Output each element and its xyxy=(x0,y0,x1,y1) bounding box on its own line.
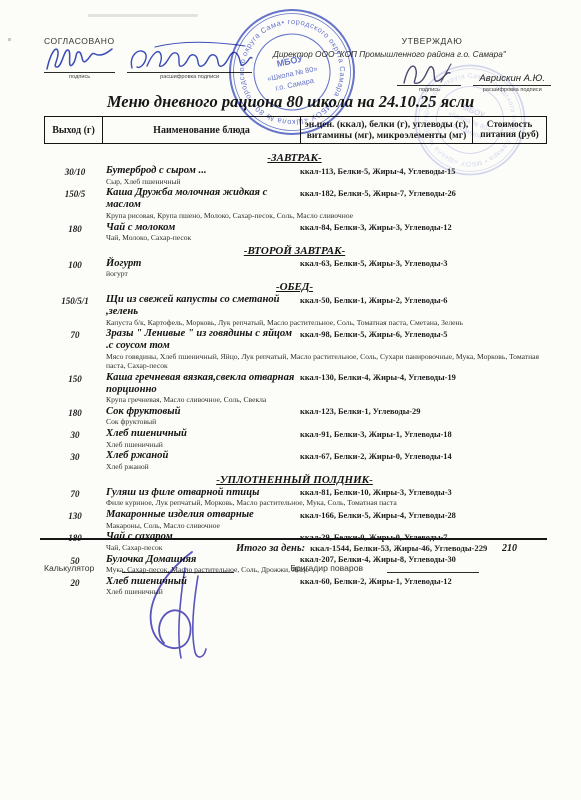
dish-nutrition-values: ккал-130, Белки-4, Жиры-4, Углеводы-19 xyxy=(300,372,545,396)
menu-dish-row: 70Гуляш из филе отварной птицыккал-81, Б… xyxy=(44,487,545,508)
dish-nutrition-values: ккал-182, Белки-5, Жиры-7, Углеводы-26 xyxy=(300,187,545,211)
dish-nutrition-values: ккал-50, Белки-1, Жиры-2, Углеводы-6 xyxy=(300,294,545,318)
dish-output-weight: 130 xyxy=(44,509,106,521)
dish-ingredients: Капуста б/к, Картофель, Морковь, Лук реп… xyxy=(106,319,545,328)
dish-name: Гуляш из филе отварной птицы xyxy=(106,487,300,499)
dish-output-weight: 70 xyxy=(44,328,106,352)
menu-dish-row: 180Сок фруктовыйккал-123, Белки-1, Углев… xyxy=(44,406,545,427)
dish-nutrition-values: ккал-91, Белки-3, Жиры-1, Углеводы-18 xyxy=(300,428,545,440)
dish-output-weight: 30 xyxy=(44,450,106,462)
agreed-signature-slot: подпись xyxy=(44,50,115,80)
handwritten-signature-icon xyxy=(44,42,114,76)
dish-nutrition-values: ккал-123, Белки-1, Углеводы-29 xyxy=(300,406,545,418)
menu-dish-row: 180Чай с молокомккал-84, Белки-3, Жиры-3… xyxy=(44,222,545,243)
brigadier-signature-line xyxy=(387,562,479,573)
menu-dish-row: 130Макаронные изделия отварныеккал-166, … xyxy=(44,509,545,530)
daily-total-nutrition: ккал-1544, Белки-53, Жиры-46, Углеводы-2… xyxy=(310,543,502,553)
daily-total-cost: 210 xyxy=(502,543,517,554)
footer-signatures: Калькулятор Бригадир поваров xyxy=(44,562,514,573)
dish-output-weight: 100 xyxy=(44,258,106,270)
dish-ingredients: Мясо говядины, Хлеб пшеничный, Яйцо, Лук… xyxy=(106,353,545,371)
dish-output-weight: 30 xyxy=(44,428,106,440)
dish-ingredients: Филе куриное, Лук репчатый, Морковь, Мас… xyxy=(106,499,545,508)
dish-ingredients: Хлеб ржаной xyxy=(106,463,545,472)
dish-output-weight: 150 xyxy=(44,372,106,396)
dish-ingredients: Макароны, Соль, Масло сливочное xyxy=(106,522,545,531)
dish-ingredients: Чай, Молоко, Сахар-песок xyxy=(106,234,545,243)
dish-output-weight: 20 xyxy=(44,576,106,588)
brigadier-slot: Бригадир поваров xyxy=(290,562,479,573)
dish-name: Каша гречневая вязкая,свекла отварная по… xyxy=(106,372,300,396)
dish-output-weight: 180 xyxy=(44,406,106,418)
dish-output-weight: 150/5 xyxy=(44,187,106,211)
dish-output-weight: 30/10 xyxy=(44,165,106,177)
meal-section-heading: -ВТОРОЙ ЗАВТРАК- xyxy=(44,245,545,257)
dish-name: Бутерброд с сыром ... xyxy=(106,165,300,177)
meal-section-heading: -ОБЕД- xyxy=(44,281,545,293)
calculator-handwritten-signature-icon xyxy=(138,546,224,666)
column-header-output: Выход (г) xyxy=(45,117,103,143)
meal-section-heading: -УПЛОТНЕННЫЙ ПОЛДНИК- xyxy=(44,474,545,486)
dish-name: Чай с молоком xyxy=(106,222,300,234)
dish-output-weight: 180 xyxy=(44,222,106,234)
menu-dish-row: 30Хлеб ржанойккал-67, Белки-2, Жиры-0, У… xyxy=(44,450,545,471)
dish-name: Йогурт xyxy=(106,258,300,270)
dish-ingredients: Крупа гречневая, Масло сливочное, Соль, … xyxy=(106,396,545,405)
dish-ingredients: Сок фруктовый xyxy=(106,418,545,427)
dish-nutrition-values: ккал-67, Белки-2, Жиры-0, Углеводы-14 xyxy=(300,450,545,462)
daily-total-row: Итого за день: ккал-1544, Белки-53, Жиры… xyxy=(44,543,545,554)
menu-dish-row: 20Хлеб пшеничныйккал-60, Белки-2, Жиры-1… xyxy=(44,576,545,597)
dish-name: Макаронные изделия отварные xyxy=(106,509,300,521)
menu-body: -ЗАВТРАК-30/10Бутерброд с сыром ...ккал-… xyxy=(44,150,545,598)
dish-name: Щи из свежей капусты со сметаной ,зелень xyxy=(106,294,300,318)
dish-nutrition-values: ккал-81, Белки-10, Жиры-3, Углеводы-3 xyxy=(300,487,545,499)
dish-nutrition-values: ккал-98, Белки-5, Жиры-6, Углеводы-5 xyxy=(300,328,545,352)
dish-nutrition-values: ккал-166, Белки-5, Жиры-4, Углеводы-28 xyxy=(300,509,545,521)
total-divider xyxy=(40,538,547,540)
menu-dish-row: 150Каша гречневая вязкая,свекла отварная… xyxy=(44,372,545,405)
menu-dish-row: 30Хлеб пшеничныйккал-91, Белки-3, Жиры-1… xyxy=(44,428,545,449)
dish-name: Хлеб пшеничный xyxy=(106,428,300,440)
dish-nutrition-values: ккал-84, Белки-3, Жиры-3, Углеводы-12 xyxy=(300,222,545,234)
dish-ingredients: Крупа рисовая, Крупа пшено, Молоко, Саха… xyxy=(106,212,545,221)
dish-nutrition-values: ккал-60, Белки-2, Жиры-1, Углеводы-12 xyxy=(300,576,545,588)
dish-ingredients: йогурт xyxy=(106,270,545,279)
menu-dish-row: 150/5/1Щи из свежей капусты со сметаной … xyxy=(44,294,545,327)
school-round-stamp-icon: • городского округа Самара • МБОУ «Школа… xyxy=(214,0,371,150)
dish-nutrition-values: ккал-63, Белки-5, Жиры-3, Углеводы-3 xyxy=(300,258,545,270)
dish-name: Хлеб ржаной xyxy=(106,450,300,462)
menu-dish-row: 100Йогуртккал-63, Белки-5, Жиры-3, Углев… xyxy=(44,258,545,279)
scanned-menu-document: СОГЛАСОВАНО подпись xyxy=(0,0,581,800)
menu-dish-row: 70Зразы " Ленивые " из говядины с яйцом … xyxy=(44,328,545,370)
dish-ingredients: Хлеб пшеничный xyxy=(106,441,545,450)
calculator-label: Калькулятор xyxy=(44,563,94,573)
dish-name: Зразы " Ленивые " из говядины с яйцом .с… xyxy=(106,328,300,352)
scan-artifact xyxy=(88,14,198,17)
dish-output-weight: 70 xyxy=(44,487,106,499)
dish-name: Сок фруктовый xyxy=(106,406,300,418)
menu-dish-row: 150/5Каша Дружба молочная жидкая с масло… xyxy=(44,187,545,220)
daily-total-label: Итого за день: xyxy=(236,543,305,554)
dish-output-weight: 150/5/1 xyxy=(44,294,106,318)
brigadier-label: Бригадир поваров xyxy=(290,563,363,573)
scan-artifact xyxy=(8,38,11,41)
dish-name: Каша Дружба молочная жидкая с маслом xyxy=(106,187,300,211)
